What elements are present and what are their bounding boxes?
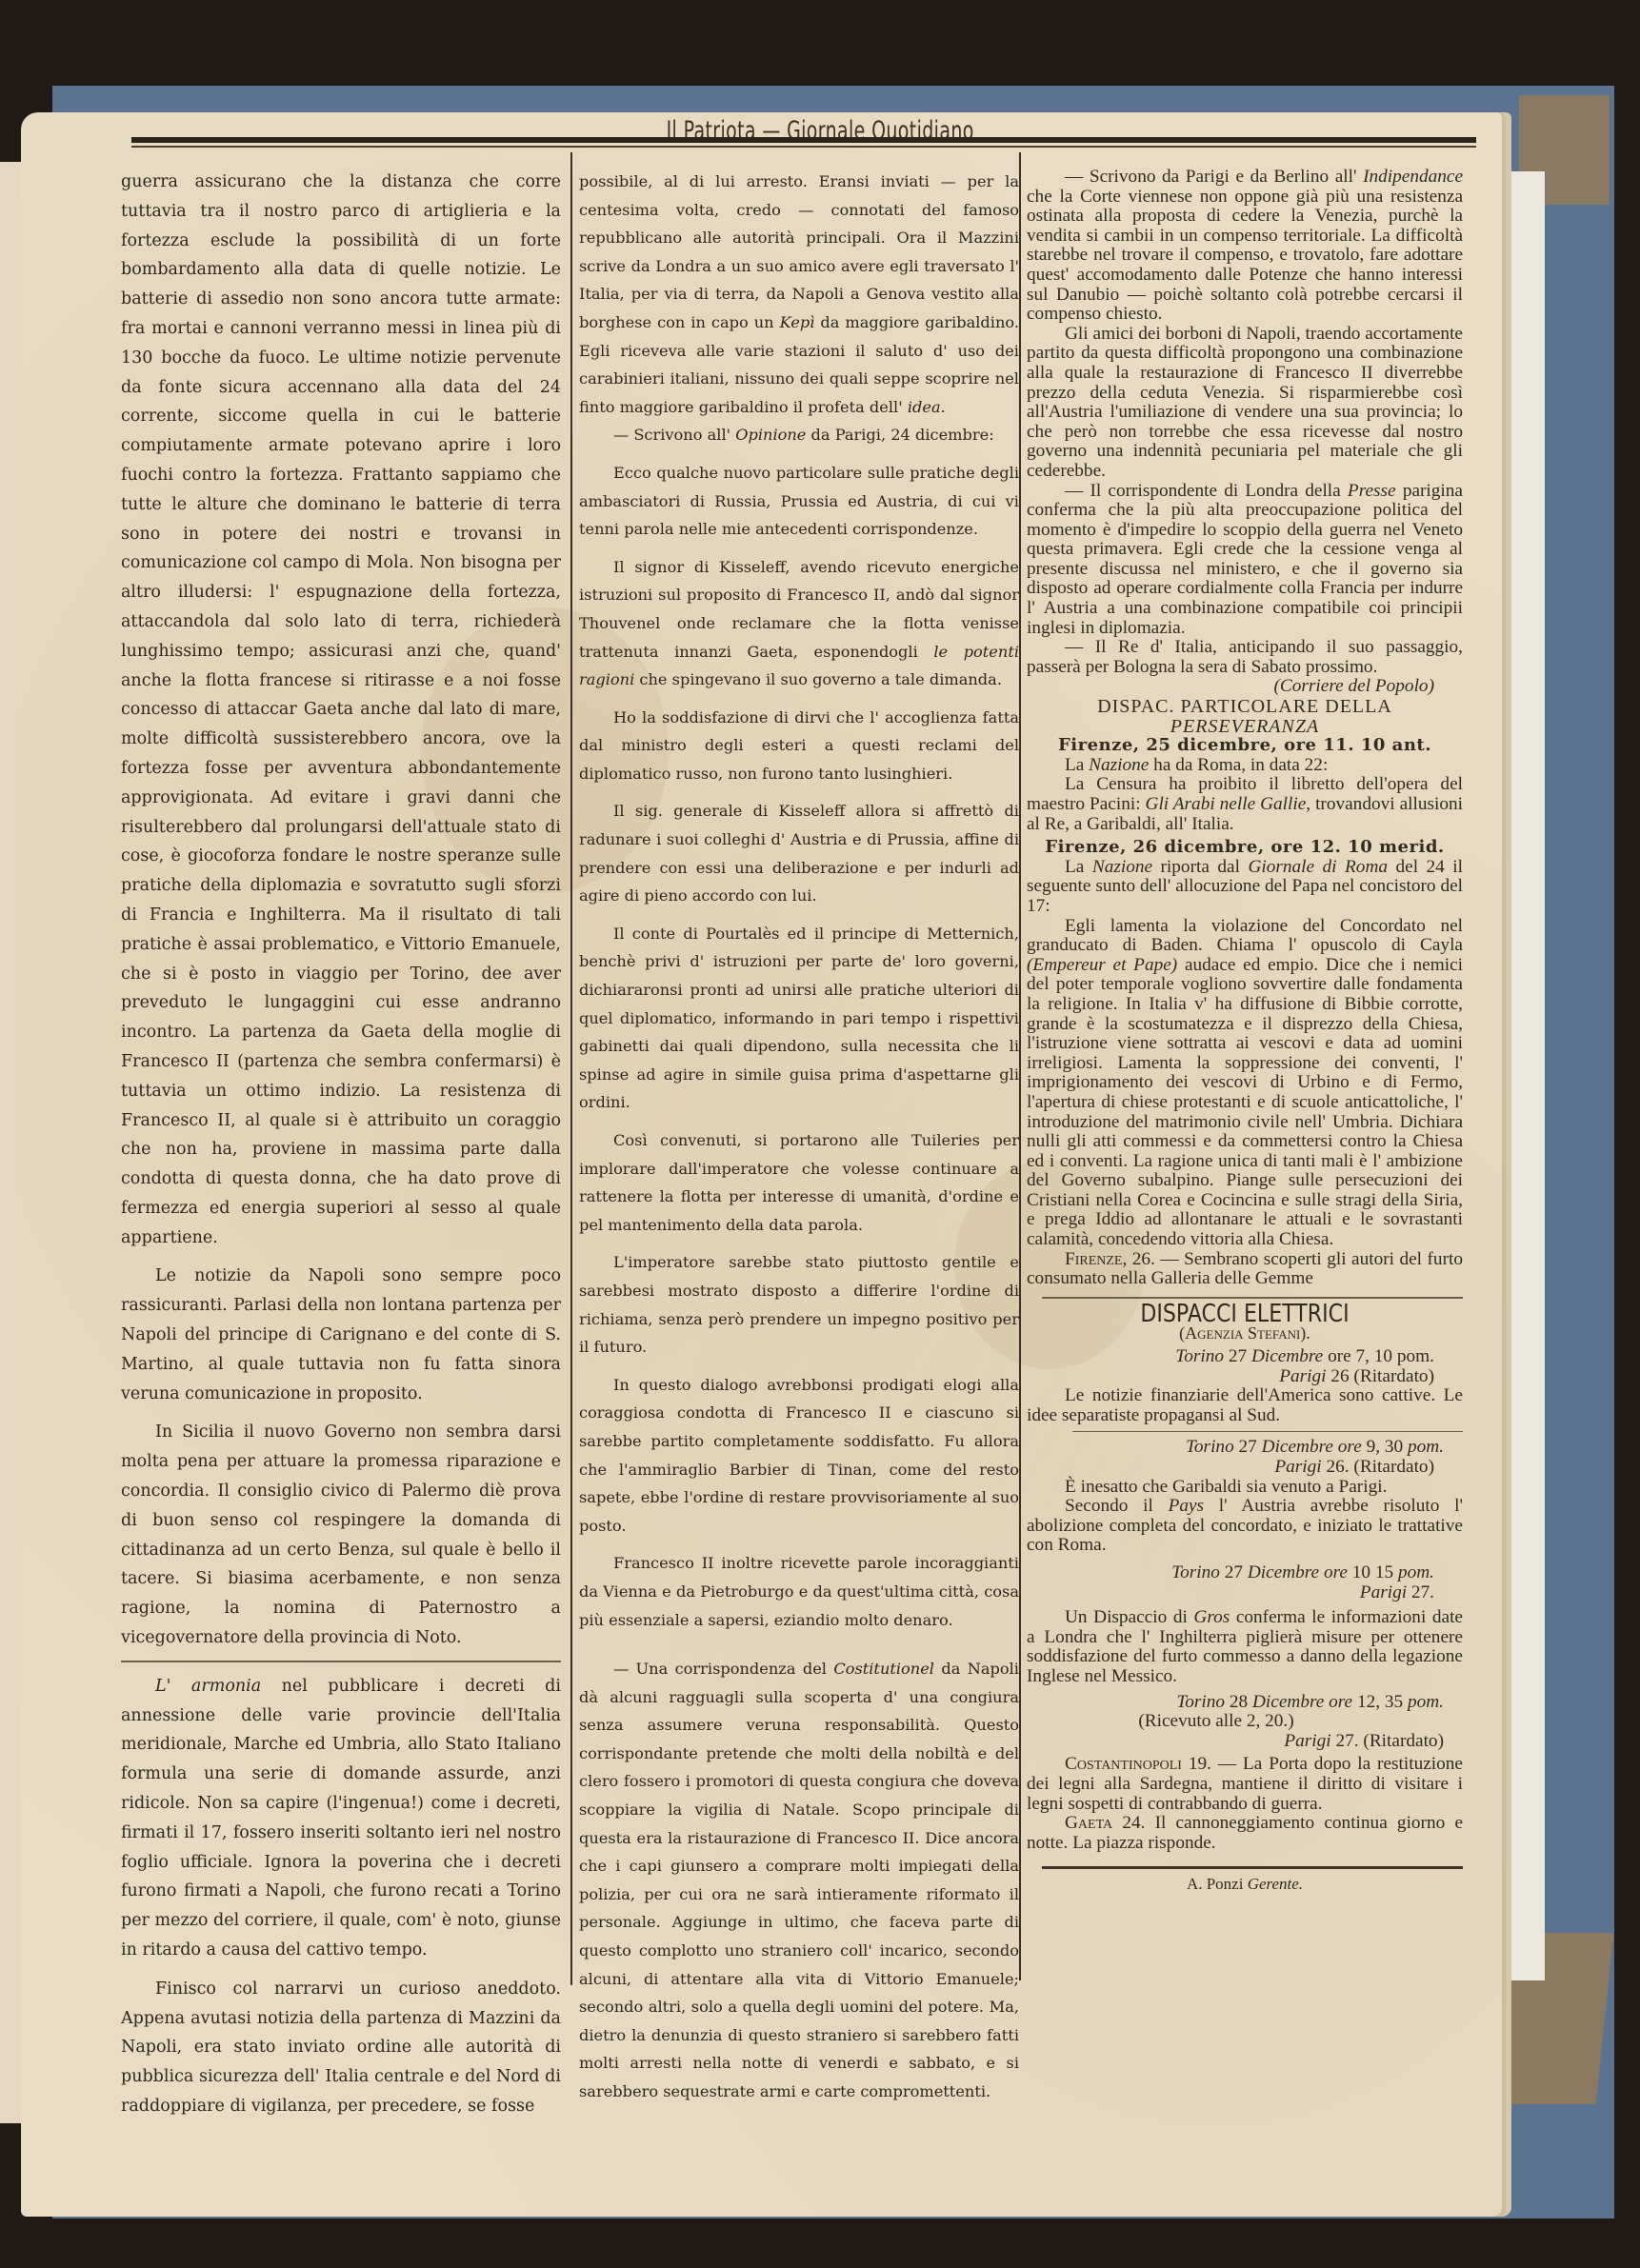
article-napoli-news: Le notizie da Napoli sono sempre poco ra… — [121, 1262, 561, 1408]
paragraph-francesco: Francesco II inoltre ricevette parole in… — [579, 1549, 1019, 1634]
article-re-italia: — Il Re d' Italia, anticipando il suo pa… — [1027, 638, 1463, 677]
footer-rule — [1042, 1866, 1463, 1869]
kepi-italic: Kepì — [780, 313, 815, 331]
armonia-title: L' armonia — [155, 1677, 261, 1696]
paragraph-ecco: Ecco qualche nuovo particolare sulle pra… — [579, 459, 1019, 544]
dateline-firenze-25: Firenze, 25 dicembre, ore 11. 10 ant. — [1027, 736, 1463, 756]
gerente-signature: A. Ponzi Gerente. — [1027, 1875, 1463, 1895]
text: La — [1065, 857, 1092, 877]
text: pom. — [1408, 1692, 1444, 1712]
paragraph-pourtales: Il conte di Pourtalès ed il principe di … — [579, 920, 1019, 1117]
text: 27 — [1234, 1437, 1262, 1457]
text: Parigi — [1279, 1366, 1326, 1386]
paragraph-nazione-giornale: La Nazione riporta dal Giornale di Roma … — [1027, 858, 1463, 917]
dispatch-gaeta: Gaeta 24. Il cannoneggiamento continua g… — [1027, 1814, 1463, 1853]
costitutionel-italic: Costitutionel — [833, 1660, 934, 1678]
text: — Scrivono all' — [613, 426, 735, 444]
article-gaeta-siege: guerra assicurano che la distanza che co… — [121, 168, 561, 1252]
text: Torino — [1171, 1562, 1220, 1582]
column-divider-1 — [570, 152, 572, 1985]
dispatch-4-received: (Ricevuto alle 2, 20.) — [1027, 1712, 1463, 1732]
idea-italic: idea — [908, 398, 941, 416]
dateline-firenze-26: Firenze, 26 dicembre, ore 12. 10 merid. — [1027, 838, 1463, 858]
paragraph-nazione-roma: La Nazione ha da Roma, in data 22: — [1027, 756, 1463, 776]
column-1: guerra assicurano che la distanza che co… — [121, 168, 561, 2121]
text: che la Corte viennese non oppone già più… — [1027, 187, 1463, 325]
paragraph-imperatore: L'imperatore sarebbe stato piuttosto gen… — [579, 1248, 1019, 1361]
paragraph-censura: La Censura ha proibito il libretto dell'… — [1027, 775, 1463, 834]
text: possibile, al di lui arresto. Eransi inv… — [579, 172, 1019, 331]
gerente-italic: Gerente. — [1248, 1875, 1303, 1893]
paragraph-furto-gemme: Firenze, 26. — Sembrano scoperti gli aut… — [1027, 1250, 1463, 1289]
paragraph-tuileries: Così convenuti, si portarono alle Tuiler… — [579, 1126, 1019, 1239]
source-corriere: (Corriere del Popolo) — [1027, 677, 1463, 697]
dispatch-divider — [1072, 1431, 1463, 1432]
article-indipendance: — Scrivono da Parigi e da Berlino all' I… — [1027, 168, 1463, 325]
text: Parigi — [1274, 1457, 1321, 1477]
column-2: possibile, al di lui arresto. Eransi inv… — [579, 168, 1019, 2106]
text: 27 — [1220, 1562, 1248, 1582]
text: DISPAC. PARTICOLARE DELLA — [1097, 696, 1392, 717]
text: Dicembre — [1251, 1346, 1323, 1366]
article-sicilia: In Sicilia il nuovo Governo non sembra d… — [121, 1418, 561, 1652]
gaeta-smallcaps: Gaeta — [1065, 1813, 1112, 1833]
paragraph-generale: Il sig. generale di Kisseleff allora si … — [579, 797, 1019, 909]
nazione-italic: Nazione — [1089, 755, 1149, 775]
text: ha da Roma, in data 22: — [1149, 755, 1328, 775]
dispatch-1-header: Torino 27 Dicembre ore 7, 10 pom. — [1027, 1347, 1463, 1367]
text: Dicembre ore — [1262, 1437, 1362, 1457]
gros-italic: Gros — [1193, 1607, 1230, 1627]
dispatch-1-body: Le notizie finanziarie dell'America sono… — [1027, 1386, 1463, 1425]
text: Torino — [1176, 1692, 1225, 1712]
text: da Parigi, 24 dicembre: — [806, 426, 993, 444]
text: Dicembre ore — [1252, 1692, 1352, 1712]
text: Parigi — [1284, 1731, 1330, 1751]
dispatch-2-header: Torino 27 Dicembre ore 9, 30 pom. — [1027, 1438, 1463, 1458]
article-costitutionel: — Una corrispondenza del Costitutionel d… — [579, 1655, 1019, 2106]
text: Torino — [1175, 1346, 1224, 1366]
masthead-rule-thin — [131, 146, 1476, 148]
paragraph-allocuzione: Egli lamenta la violazione del Concordat… — [1027, 917, 1463, 1250]
text: 26. (Ritardato) — [1322, 1457, 1434, 1477]
text: A. Ponzi — [1187, 1875, 1248, 1893]
article-armonia: L' armonia nel pubblicare i decreti di a… — [121, 1672, 561, 1965]
presse-italic: Presse — [1348, 481, 1396, 501]
text: — Una corrispondenza del — [613, 1660, 833, 1678]
text: — Scrivono da Parigi e da Berlino all' — [1065, 167, 1363, 187]
text: parigina conferma che la più alta preocc… — [1027, 481, 1463, 638]
paragraph-soddisfazione: Ho la soddisfazione di dirvi che l' acco… — [579, 704, 1019, 788]
text: Un Dispaccio di — [1065, 1607, 1193, 1627]
corriere-italic: (Corriere del Popolo) — [1273, 676, 1434, 696]
giornale-roma-italic: Giornale di Roma — [1248, 857, 1388, 877]
dispatch-4-origin: Parigi 27. (Ritardato) — [1027, 1732, 1463, 1752]
section-divider — [121, 1661, 561, 1662]
text: — Il corrispondente di Londra della — [1065, 481, 1348, 501]
text: pom. — [1398, 1562, 1434, 1582]
dispatch-2-body-1: È inesatto che Garibaldi sia venuto a Pa… — [1027, 1478, 1463, 1498]
empereur-pape-italic: (Empereur et Pape) — [1027, 955, 1177, 975]
firenze-smallcaps: Firenze — [1065, 1249, 1123, 1269]
text: Parigi — [1360, 1582, 1407, 1602]
article-anecdote: Finisco col narrarvi un curioso aneddoto… — [121, 1975, 561, 2121]
opera-title-italic: Gli Arabi nelle Gallie — [1146, 794, 1307, 814]
text: 27. — [1407, 1582, 1434, 1602]
column-3: — Scrivono da Parigi e da Berlino all' I… — [1027, 168, 1463, 1895]
article-presse: — Il corrispondente di Londra della Pres… — [1027, 482, 1463, 639]
pays-italic: Pays — [1169, 1496, 1204, 1516]
article-mazzini: possibile, al di lui arresto. Eransi inv… — [579, 168, 1019, 421]
text: Egli lamenta la violazione del Concordat… — [1027, 916, 1463, 956]
text: che spingevano il suo governo a tale dim… — [634, 670, 1002, 688]
text: . — [941, 398, 946, 416]
text: 27. (Ritardato) — [1331, 1731, 1444, 1751]
dispatch-2-origin: Parigi 26. (Ritardato) — [1027, 1458, 1463, 1478]
text: riporta dal — [1152, 857, 1248, 877]
armonia-text: nel pubblicare i decreti di annessione d… — [121, 1677, 561, 1960]
text: 10 15 — [1348, 1562, 1398, 1582]
dispatch-3-body: Un Dispaccio di Gros conferma le informa… — [1027, 1608, 1463, 1686]
paragraph-dialogo: In questo dialogo avrebbonsi prodigati e… — [579, 1371, 1019, 1541]
dispacci-elettrici-heading: DISPACCI ELETTRICI — [1059, 1304, 1430, 1324]
text: da Napoli dà alcuni ragguagli sulla scop… — [579, 1660, 1019, 2100]
dispatch-1-origin: Parigi 26 (Ritardato) — [1027, 1367, 1463, 1387]
masthead-rule-thick — [131, 137, 1476, 143]
nazione-italic: Nazione — [1092, 857, 1152, 877]
text: ore 7, 10 pom. — [1323, 1346, 1434, 1366]
text: audace ed empio. Dice che i nemici del p… — [1027, 955, 1463, 1249]
text: 27 — [1224, 1346, 1251, 1366]
text: 28 — [1225, 1692, 1252, 1712]
opinione-italic: Opinione — [735, 426, 806, 444]
column-divider-2 — [1019, 152, 1021, 1980]
dispatch-costantinopoli: Costantinopoli 19. — La Porta dopo la re… — [1027, 1755, 1463, 1814]
costantinopoli-smallcaps: Costantinopoli — [1065, 1754, 1182, 1774]
indipendance-italic: Indipendance — [1363, 167, 1463, 187]
dispatch-3-header: Torino 27 Dicembre ore 10 15 pom. — [1027, 1563, 1463, 1583]
text: Dicembre ore — [1248, 1562, 1348, 1582]
perseveranza-italic: PERSEVERANZA — [1170, 716, 1319, 737]
text: La — [1065, 755, 1089, 775]
section-divider — [1042, 1297, 1463, 1299]
text: Secondo il — [1065, 1496, 1169, 1516]
dispac-perseveranza-heading: DISPAC. PARTICOLARE DELLA PERSEVERANZA — [1027, 697, 1463, 736]
text: 26 (Ritardato) — [1326, 1366, 1434, 1386]
text: 9, 30 — [1362, 1437, 1408, 1457]
paragraph-kisseleff: Il signor di Kisseleff, avendo ricevuto … — [579, 553, 1019, 694]
article-borboni: Gli amici dei borboni di Napoli, traendo… — [1027, 325, 1463, 482]
text: pom. — [1408, 1437, 1444, 1457]
text: 12, 35 — [1352, 1692, 1408, 1712]
opinione-heading: — Scrivono all' Opinione da Parigi, 24 d… — [579, 421, 1019, 449]
text: Torino — [1186, 1437, 1234, 1457]
dispatch-3-origin: Parigi 27. — [1027, 1583, 1463, 1603]
dispatch-4-header: Torino 28 Dicembre ore 12, 35 pom. — [1027, 1693, 1463, 1713]
dispatch-2-body-2: Secondo il Pays l' Austria avrebbe risol… — [1027, 1497, 1463, 1556]
